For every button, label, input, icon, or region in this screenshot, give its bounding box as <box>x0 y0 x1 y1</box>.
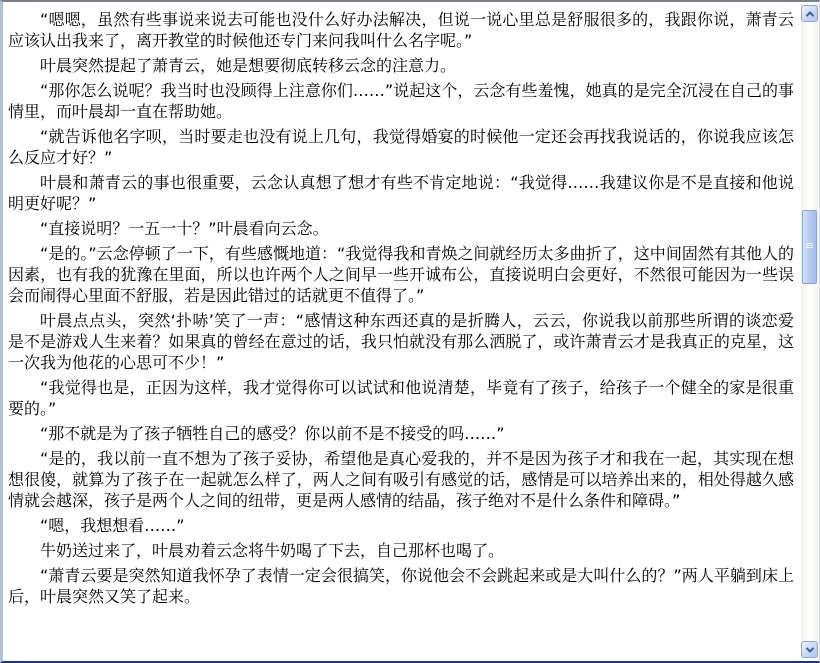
document-content: “嗯嗯，虽然有些事说来说去可能也没什么好办法解决，但说一说心里总是舒服很多的，我… <box>3 2 800 661</box>
paragraph: 叶晨和萧青云的事也很重要，云念认真想了想才有些不肯定地说：“我觉得……我建议你是… <box>8 172 794 214</box>
scroll-up-button[interactable] <box>801 5 818 22</box>
page: “嗯嗯，虽然有些事说来说去可能也没什么好办法解决，但说一说心里总是舒服很多的，我… <box>0 0 820 663</box>
paragraph: “萧青云要是突然知道我怀孕了表情一定会很搞笑，你说他会不会跳起来或是大叫什么的？… <box>8 565 794 607</box>
paragraph: “那不就是为了孩子牺牲自己的感受？你以前不是不接受的吗……” <box>8 423 794 444</box>
vertical-scrollbar[interactable] <box>801 4 818 659</box>
paragraph: 叶晨突然提起了萧青云，她是想要彻底转移云念的注意力。 <box>8 55 794 76</box>
thumb-grip-icon <box>806 243 813 249</box>
chevron-down-icon <box>805 644 813 652</box>
chevron-up-icon <box>805 11 813 19</box>
paragraph: “嗯嗯，虽然有些事说来说去可能也没什么好办法解决，但说一说心里总是舒服很多的，我… <box>8 9 794 51</box>
scrollbar-thumb[interactable] <box>802 210 817 284</box>
paragraph: “我觉得也是，正因为这样，我才觉得你可以试试和他说清楚，毕竟有了孩子，给孩子一个… <box>8 377 794 419</box>
paragraph: “是的。”云念停顿了一下，有些感慨地道：“我觉得我和青焕之间就经历太多曲折了，这… <box>8 243 794 306</box>
paragraph: “就告诉他名字呗，当时要走也没有说上几句，我觉得婚宴的时候他一定还会再找我说话的… <box>8 126 794 168</box>
paragraph: “直接说明？一五一十？”叶晨看向云念。 <box>8 218 794 239</box>
paragraph: “那你怎么说呢？我当时也没顾得上注意你们……”说起这个，云念有些羞愧，她真的是完… <box>8 80 794 122</box>
scrollbar-track[interactable] <box>801 22 818 641</box>
paragraph: “是的，我以前一直不想为了孩子妥协，希望他是真心爱我的，并不是因为孩子才和我在一… <box>8 448 794 511</box>
paragraph: “嗯，我想想看……” <box>8 515 794 536</box>
scroll-down-button[interactable] <box>801 641 818 658</box>
paragraph: 叶晨点点头，突然‘扑哧’笑了一声：“感情这种东西还真的是折腾人，云云，你说我以前… <box>8 310 794 373</box>
paragraph: 牛奶送过来了，叶晨劝着云念将牛奶喝了下去，自己那杯也喝了。 <box>8 540 794 561</box>
